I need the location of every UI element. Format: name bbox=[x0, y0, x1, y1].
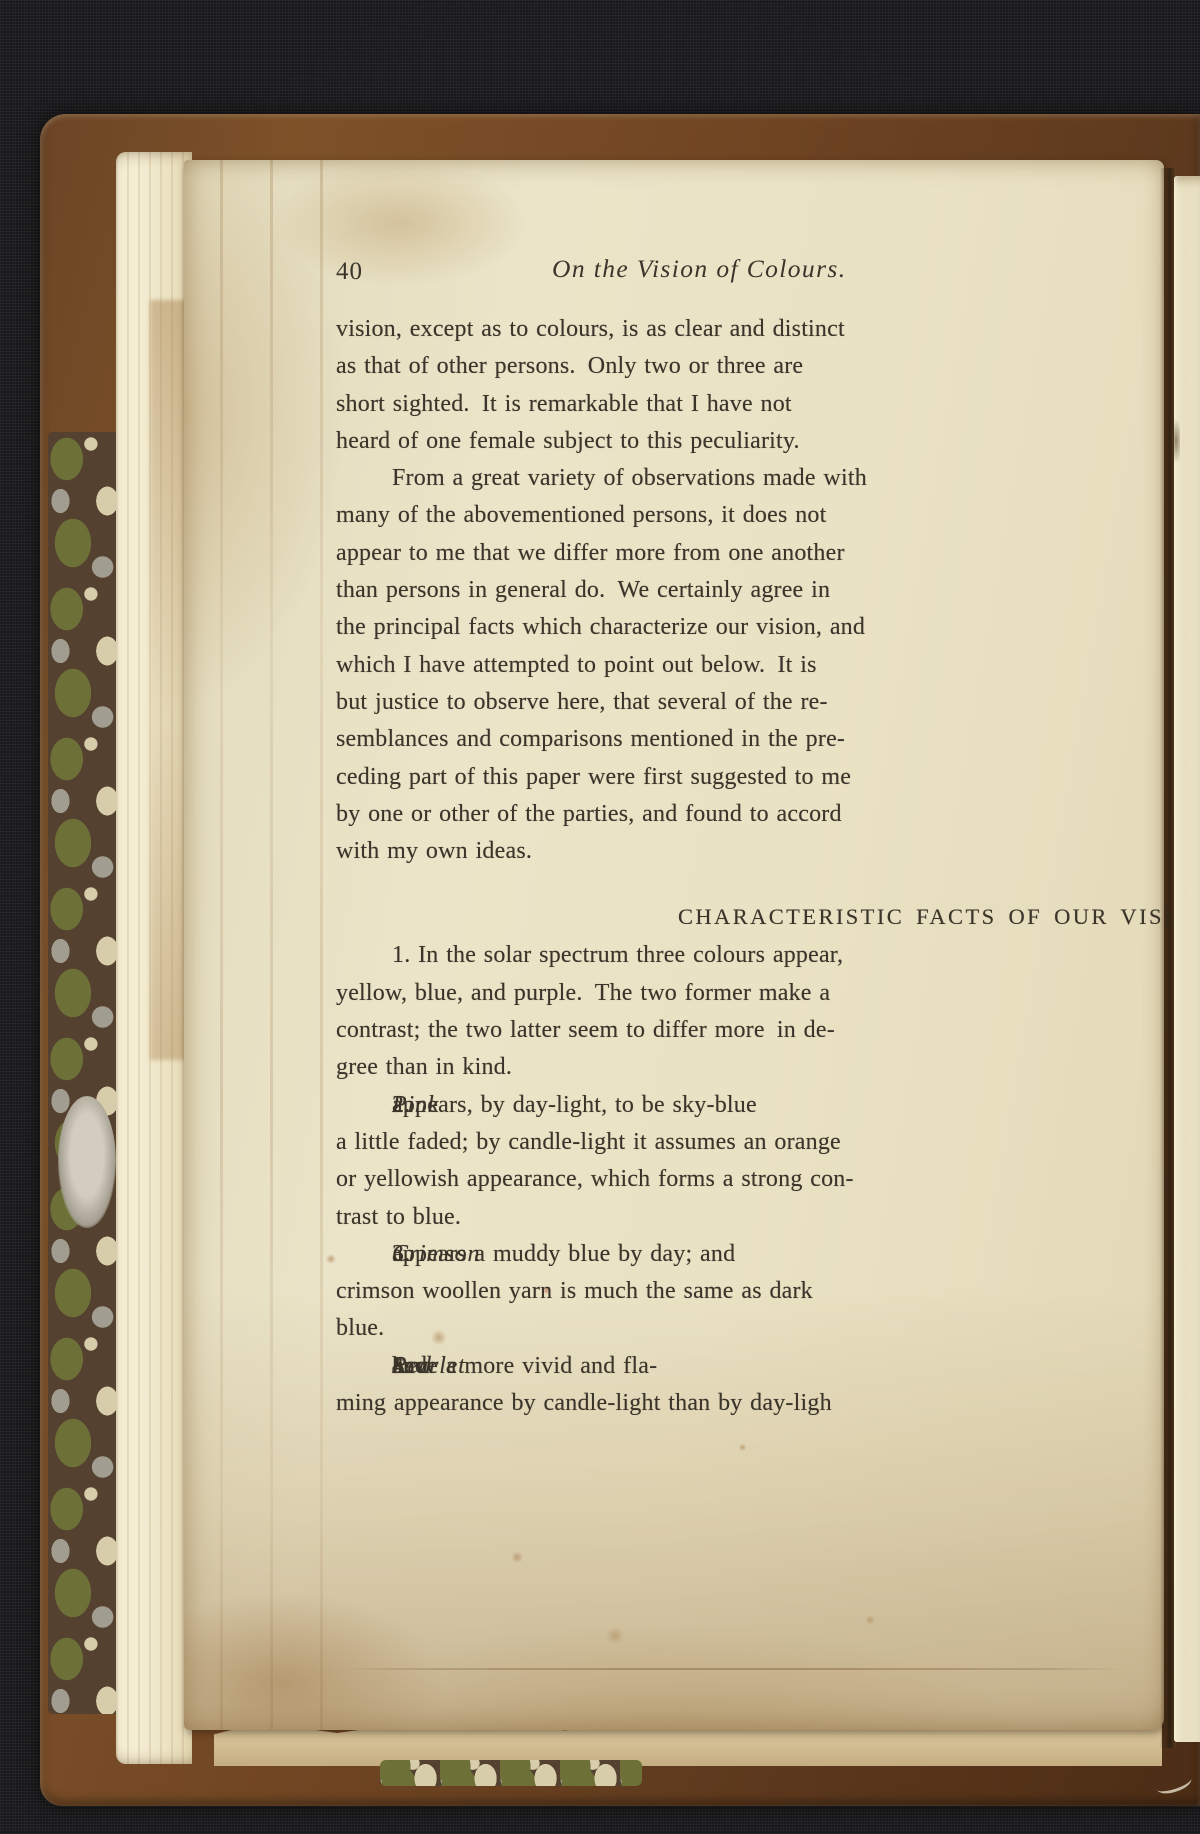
text-line: with my own ideas. bbox=[336, 833, 940, 870]
text-line: which I have attempted to point out belo… bbox=[336, 647, 940, 684]
text-block: 40 On the Vision of Colours. vision, exc… bbox=[336, 252, 940, 1422]
book-page: 40 On the Vision of Colours. vision, exc… bbox=[184, 160, 1164, 1730]
text-line: heard of one female subject to this pecu… bbox=[336, 423, 940, 460]
text-line: blue. bbox=[336, 1310, 940, 1347]
running-header: On the Vision of Colours. bbox=[552, 254, 847, 284]
text-line: contrast; the two latter seem to differ … bbox=[336, 1012, 940, 1049]
text-line: the principal facts which characterize o… bbox=[336, 609, 940, 646]
section-heading: CHARACTERISTIC FACTS OF OUR VISION. bbox=[376, 897, 980, 937]
text-line: appear to me that we differ more from on… bbox=[336, 535, 940, 572]
running-head-row: 40 On the Vision of Colours. bbox=[336, 252, 940, 292]
text-line: 4. Red and Scarlet have a more vivid and… bbox=[336, 1348, 940, 1385]
text-line: vision, except as to colours, is as clea… bbox=[336, 311, 940, 348]
text-line: 1. In the solar spectrum three colours a… bbox=[336, 937, 940, 974]
marbled-endpaper-left bbox=[48, 432, 124, 1714]
text-line: than persons in general do. We certainly… bbox=[336, 572, 940, 609]
page-edge-nick bbox=[1170, 418, 1180, 464]
text-line: or yellowish appearance, which forms a s… bbox=[336, 1161, 940, 1198]
page-crease-line bbox=[334, 1668, 1134, 1670]
text-line: a little faded; by candle-light it assum… bbox=[336, 1124, 940, 1161]
text-line: trast to blue. bbox=[336, 1199, 940, 1236]
body-text: vision, except as to colours, is as clea… bbox=[336, 311, 940, 1422]
text-line: many of the abovementioned persons, it d… bbox=[336, 497, 940, 534]
text-line: 2. Pink appears, by day-light, to be sky… bbox=[336, 1087, 940, 1124]
water-stain-streaks bbox=[196, 160, 346, 1730]
text-line: ceding part of this paper were first sug… bbox=[336, 759, 940, 796]
text-line: semblances and comparisons mentioned in … bbox=[336, 721, 940, 758]
page-number: 40 bbox=[336, 258, 363, 286]
text-line: crimson woollen yarn is much the same as… bbox=[336, 1273, 940, 1310]
marbled-endpaper-bottom bbox=[380, 1760, 642, 1786]
text-line: From a great variety of observations mad… bbox=[336, 460, 940, 497]
text-line: as that of other persons. Only two or th… bbox=[336, 348, 940, 385]
photo-background: 40 On the Vision of Colours. vision, exc… bbox=[0, 0, 1200, 1834]
text-line: by one or other of the parties, and foun… bbox=[336, 796, 940, 833]
text-line: yellow, blue, and purple. The two former… bbox=[336, 975, 940, 1012]
next-page-edge bbox=[1174, 176, 1200, 1742]
text-line: but justice to observe here, that severa… bbox=[336, 684, 940, 721]
text-line: short sighted. It is remarkable that I h… bbox=[336, 386, 940, 423]
text-line: ming appearance by candle-light than by … bbox=[336, 1385, 940, 1422]
text-line: gree than in kind. bbox=[336, 1049, 940, 1086]
text-line: 3. Crimson appears a muddy blue by day; … bbox=[336, 1236, 940, 1273]
